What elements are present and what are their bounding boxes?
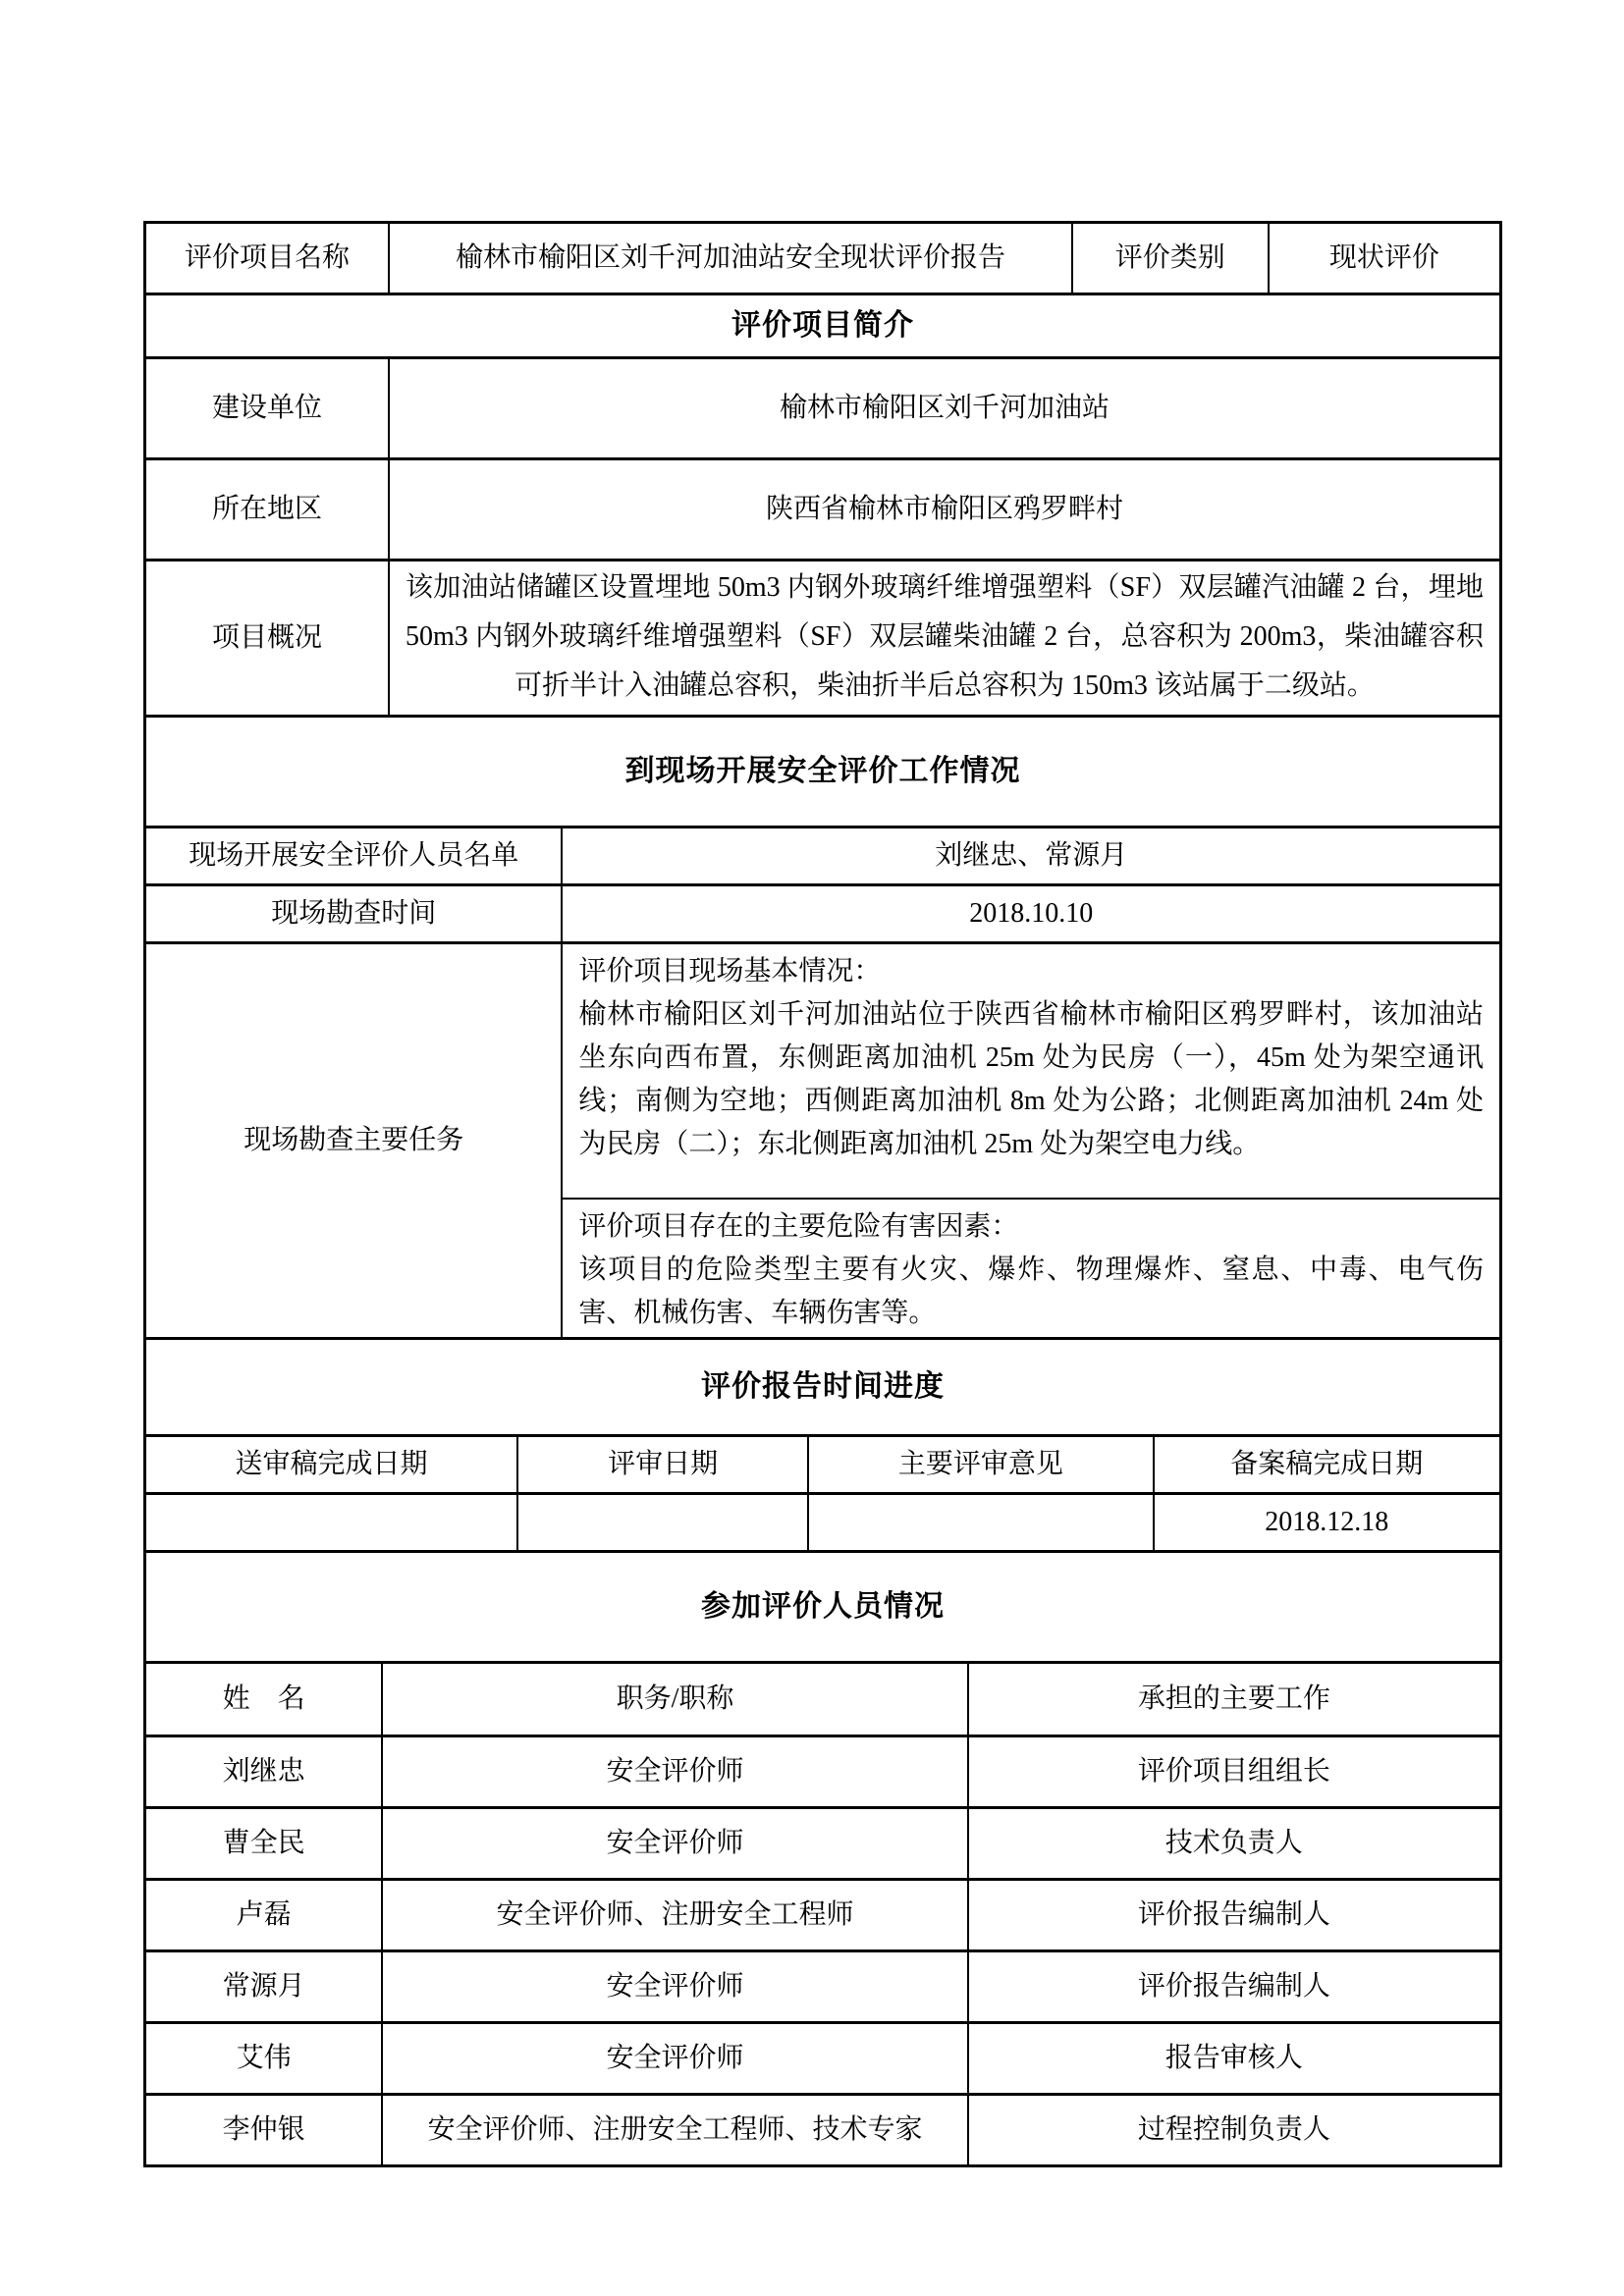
construction-unit-row: 建设单位 榆林市榆阳区刘千河加油站 — [146, 359, 1499, 460]
location-label: 所在地区 — [146, 460, 390, 559]
project-name-value: 榆林市榆阳区刘千河加油站安全现状评价报告 — [390, 224, 1073, 293]
participant-row: 艾伟 安全评价师 报告审核人 — [146, 2024, 1499, 2096]
section-project-intro-row: 评价项目简介 — [146, 295, 1499, 359]
construction-unit-value: 榆林市榆阳区刘千河加油站 — [390, 359, 1499, 457]
participants-header-row: 姓 名 职务/职称 承担的主要工作 — [146, 1664, 1499, 1737]
participants-header-name: 姓 名 — [146, 1664, 383, 1735]
schedule-header-row: 送审稿完成日期 评审日期 主要评审意见 备案稿完成日期 — [146, 1437, 1499, 1495]
participant-role: 过程控制负责人 — [969, 2096, 1499, 2164]
participant-role: 报告审核人 — [969, 2024, 1499, 2093]
location-row: 所在地区 陕西省榆林市榆阳区鸦罗畔村 — [146, 460, 1499, 561]
schedule-header-review-opinion: 主要评审意见 — [809, 1437, 1154, 1492]
participant-title: 安全评价师 — [383, 2024, 969, 2093]
participant-row: 刘继忠 安全评价师 评价项目组组长 — [146, 1737, 1499, 1809]
site-basic-info-body: 榆林市榆阳区刘千河加油站位于陕西省榆林市榆阳区鸦罗畔村，该加油站坐东向西布置，东… — [578, 993, 1484, 1166]
participant-title: 安全评价师 — [383, 1737, 969, 1806]
project-overview-row: 项目概况 该加油站储罐区设置埋地 50m3 内钢外玻璃纤维增强塑料（SF）双层罐… — [146, 561, 1499, 718]
main-hazards-body: 该项目的危险类型主要有火灾、爆炸、物理爆炸、窒息、中毒、电气伤害、机械伤害、车辆… — [578, 1249, 1484, 1335]
survey-time-row: 现场勘查时间 2018.10.10 — [146, 886, 1499, 944]
participant-role: 评价报告编制人 — [969, 1952, 1499, 2021]
section-report-schedule-row: 评价报告时间进度 — [146, 1340, 1499, 1437]
construction-unit-label: 建设单位 — [146, 359, 390, 457]
site-personnel-label: 现场开展安全评价人员名单 — [146, 828, 563, 883]
section-site-work-row: 到现场开展安全评价工作情况 — [146, 718, 1499, 828]
site-personnel-value: 刘继忠、常源月 — [563, 828, 1499, 883]
survey-tasks-value: 评价项目现场基本情况： 榆林市榆阳区刘千河加油站位于陕西省榆林市榆阳区鸦罗畔村，… — [563, 944, 1499, 1337]
participant-role: 评价项目组组长 — [969, 1737, 1499, 1806]
project-name-label: 评价项目名称 — [146, 224, 390, 293]
site-basic-info-heading: 评价项目现场基本情况： — [578, 950, 1484, 993]
section-title-site-work: 到现场开展安全评价工作情况 — [146, 718, 1499, 826]
schedule-value-draft-date — [146, 1495, 518, 1550]
participants-header-title: 职务/职称 — [383, 1664, 969, 1735]
schedule-value-review-opinion — [809, 1495, 1154, 1550]
project-name-row: 评价项目名称 榆林市榆阳区刘千河加油站安全现状评价报告 评价类别 现状评价 — [146, 224, 1499, 295]
project-overview-value: 该加油站储罐区设置埋地 50m3 内钢外玻璃纤维增强塑料（SF）双层罐汽油罐 2… — [390, 561, 1499, 715]
schedule-value-record-date: 2018.12.18 — [1155, 1495, 1499, 1550]
participant-name: 卢磊 — [146, 1881, 383, 1949]
evaluation-type-value: 现状评价 — [1270, 224, 1499, 293]
participant-title: 安全评价师 — [383, 1952, 969, 2021]
participants-header-role: 承担的主要工作 — [969, 1664, 1499, 1735]
project-overview-label: 项目概况 — [146, 561, 390, 715]
site-personnel-row: 现场开展安全评价人员名单 刘继忠、常源月 — [146, 828, 1499, 886]
participant-row: 曹全民 安全评价师 技术负责人 — [146, 1809, 1499, 1881]
participant-name: 曹全民 — [146, 1809, 383, 1878]
section-participants-row: 参加评价人员情况 — [146, 1553, 1499, 1664]
section-title-participants: 参加评价人员情况 — [146, 1553, 1499, 1661]
participant-name: 刘继忠 — [146, 1737, 383, 1806]
participant-name: 常源月 — [146, 1952, 383, 2021]
section-title-project-intro: 评价项目简介 — [146, 295, 1499, 356]
participant-name: 李仲银 — [146, 2096, 383, 2164]
participant-row: 李仲银 安全评价师、注册安全工程师、技术专家 过程控制负责人 — [146, 2096, 1499, 2164]
location-value: 陕西省榆林市榆阳区鸦罗畔村 — [390, 460, 1499, 559]
schedule-header-review-date: 评审日期 — [518, 1437, 809, 1492]
survey-time-label: 现场勘查时间 — [146, 886, 563, 941]
participant-title: 安全评价师 — [383, 1809, 969, 1878]
participant-title: 安全评价师、注册安全工程师 — [383, 1881, 969, 1949]
evaluation-type-label: 评价类别 — [1073, 224, 1270, 293]
schedule-value-review-date — [518, 1495, 809, 1550]
participant-name: 艾伟 — [146, 2024, 383, 2093]
site-basic-info-cell: 评价项目现场基本情况： 榆林市榆阳区刘千河加油站位于陕西省榆林市榆阳区鸦罗畔村，… — [563, 944, 1499, 1200]
participant-title: 安全评价师、注册安全工程师、技术专家 — [383, 2096, 969, 2164]
survey-time-value: 2018.10.10 — [563, 886, 1499, 941]
schedule-header-draft-date: 送审稿完成日期 — [146, 1437, 518, 1492]
participant-role: 评价报告编制人 — [969, 1881, 1499, 1949]
schedule-value-row: 2018.12.18 — [146, 1495, 1499, 1553]
survey-tasks-row: 现场勘查主要任务 评价项目现场基本情况： 榆林市榆阳区刘千河加油站位于陕西省榆林… — [146, 944, 1499, 1340]
main-hazards-cell: 评价项目存在的主要危险有害因素： 该项目的危险类型主要有火灾、爆炸、物理爆炸、窒… — [563, 1200, 1499, 1337]
participant-row: 常源月 安全评价师 评价报告编制人 — [146, 1952, 1499, 2024]
schedule-header-record-date: 备案稿完成日期 — [1155, 1437, 1499, 1492]
main-hazards-heading: 评价项目存在的主要危险有害因素： — [578, 1205, 1484, 1249]
participant-row: 卢磊 安全评价师、注册安全工程师 评价报告编制人 — [146, 1881, 1499, 1952]
section-title-report-schedule: 评价报告时间进度 — [146, 1340, 1499, 1434]
evaluation-report-table: 评价项目名称 榆林市榆阳区刘千河加油站安全现状评价报告 评价类别 现状评价 评价… — [143, 221, 1502, 2167]
survey-tasks-label: 现场勘查主要任务 — [146, 944, 563, 1337]
participant-role: 技术负责人 — [969, 1809, 1499, 1878]
